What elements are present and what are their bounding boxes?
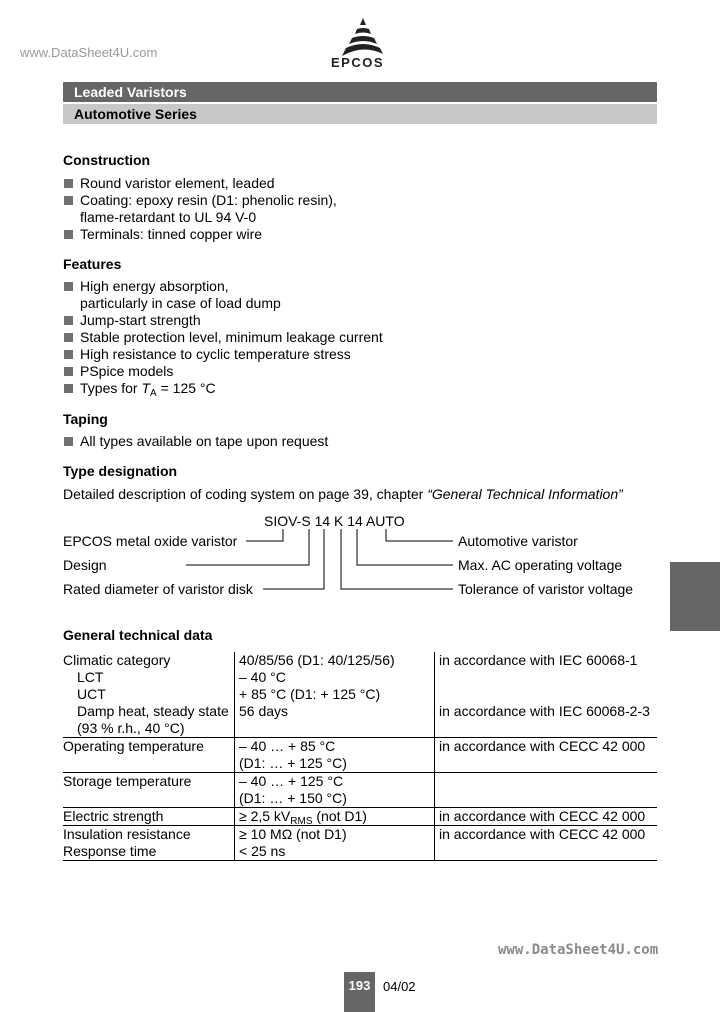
series-header: Automotive Series (63, 104, 657, 124)
technical-data-table: Climatic categoryLCTUCTDamp heat, steady… (63, 652, 657, 861)
table-row: Climatic categoryLCTUCTDamp heat, steady… (63, 652, 657, 738)
parameter-cell: Operating temperature (63, 738, 235, 773)
chapter-reference: “General Technical Information” (427, 486, 623, 502)
type-designation-heading: Type designation (63, 463, 177, 479)
list-item: All types available on tape upon request (63, 433, 328, 450)
parameter-cell: Electric strength (63, 808, 235, 826)
bullet-square-icon (64, 367, 73, 376)
bullet-square-icon (64, 350, 73, 359)
bullet-square-icon (64, 333, 73, 342)
features-list-last: Types for TA = 125 °C (63, 380, 216, 397)
value-cell: ≥ 2,5 kVRMS (not D1) (235, 808, 435, 826)
parameter-cell: Storage temperature (63, 773, 235, 808)
bullet-square-icon (64, 179, 73, 188)
list-item: Jump-start strength (63, 312, 383, 329)
epcos-logo-text: EPCOS (331, 55, 384, 70)
value-cell: 40/85/56 (D1: 40/125/56)– 40 °C+ 85 °C (… (235, 652, 435, 738)
features-heading: Features (63, 256, 121, 272)
label-automotive: Automotive varistor (458, 533, 578, 549)
list-item: Stable protection level, minimum leakage… (63, 329, 383, 346)
bullet-square-icon (64, 196, 73, 205)
watermark-bottom: www.DataSheet4U.com (498, 942, 658, 958)
table-row: Operating temperature – 40 … + 85 °C(D1:… (63, 738, 657, 773)
label-tolerance: Tolerance of varistor voltage (458, 581, 633, 597)
list-item: Terminals: tinned copper wire (63, 226, 337, 243)
type-code: SIOV-S 14 K 14 AUTO (264, 513, 405, 529)
standard-cell: in accordance with CECC 42 000 (435, 808, 658, 826)
table-row: Insulation resistanceResponse time≥ 10 M… (63, 826, 657, 861)
label-epcos-mov: EPCOS metal oxide varistor (63, 533, 237, 549)
chapter-tab (670, 562, 720, 631)
label-design: Design (63, 557, 107, 573)
standard-cell: in accordance with IEC 60068-1 in accord… (435, 652, 658, 738)
standard-cell: in accordance with CECC 42 000 (435, 738, 658, 773)
table-row: Electric strength≥ 2,5 kVRMS (not D1)in … (63, 808, 657, 826)
label-rated-diameter: Rated diameter of varistor disk (63, 581, 253, 597)
parameter-cell: Insulation resistanceResponse time (63, 826, 235, 861)
taping-heading: Taping (63, 411, 108, 427)
page-date: 04/02 (383, 979, 416, 994)
list-item: Types for TA = 125 °C (63, 380, 216, 397)
list-item: Coating: epoxy resin (D1: phenolic resin… (63, 192, 337, 226)
bullet-square-icon (64, 384, 73, 393)
bullet-square-icon (64, 316, 73, 325)
value-cell: – 40 … + 125 °C(D1: … + 150 °C) (235, 773, 435, 808)
list-item: PSpice models (63, 363, 383, 380)
features-list: High energy absorption,particularly in c… (63, 278, 383, 380)
page-number: 193 (344, 972, 375, 1012)
label-max-ac-voltage: Max. AC operating voltage (458, 557, 622, 573)
construction-heading: Construction (63, 152, 150, 168)
value-cell: – 40 … + 85 °C(D1: … + 125 °C) (235, 738, 435, 773)
table-row: Storage temperature – 40 … + 125 °C(D1: … (63, 773, 657, 808)
standard-cell: in accordance with CECC 42 000 (435, 826, 658, 861)
type-code-diagram: SIOV-S 14 K 14 AUTO EPCOS metal oxide va… (63, 510, 663, 600)
bullet-square-icon (64, 230, 73, 239)
bullet-square-icon (64, 437, 73, 446)
list-item: Round varistor element, leaded (63, 175, 337, 192)
standard-cell (435, 773, 658, 808)
construction-list: Round varistor element, leadedCoating: e… (63, 175, 337, 243)
general-technical-data-heading: General technical data (63, 627, 212, 643)
parameter-cell: Climatic categoryLCTUCTDamp heat, steady… (63, 652, 235, 738)
bullet-square-icon (64, 282, 73, 291)
type-designation-description: Detailed description of coding system on… (63, 486, 623, 502)
list-item: High energy absorption,particularly in c… (63, 278, 383, 312)
watermark-top: www.DataSheet4U.com (20, 45, 157, 60)
taping-list: All types available on tape upon request (63, 433, 328, 450)
category-header: Leaded Varistors (63, 82, 657, 102)
list-item: High resistance to cyclic temperature st… (63, 346, 383, 363)
value-cell: ≥ 10 MΩ (not D1)< 25 ns (235, 826, 435, 861)
